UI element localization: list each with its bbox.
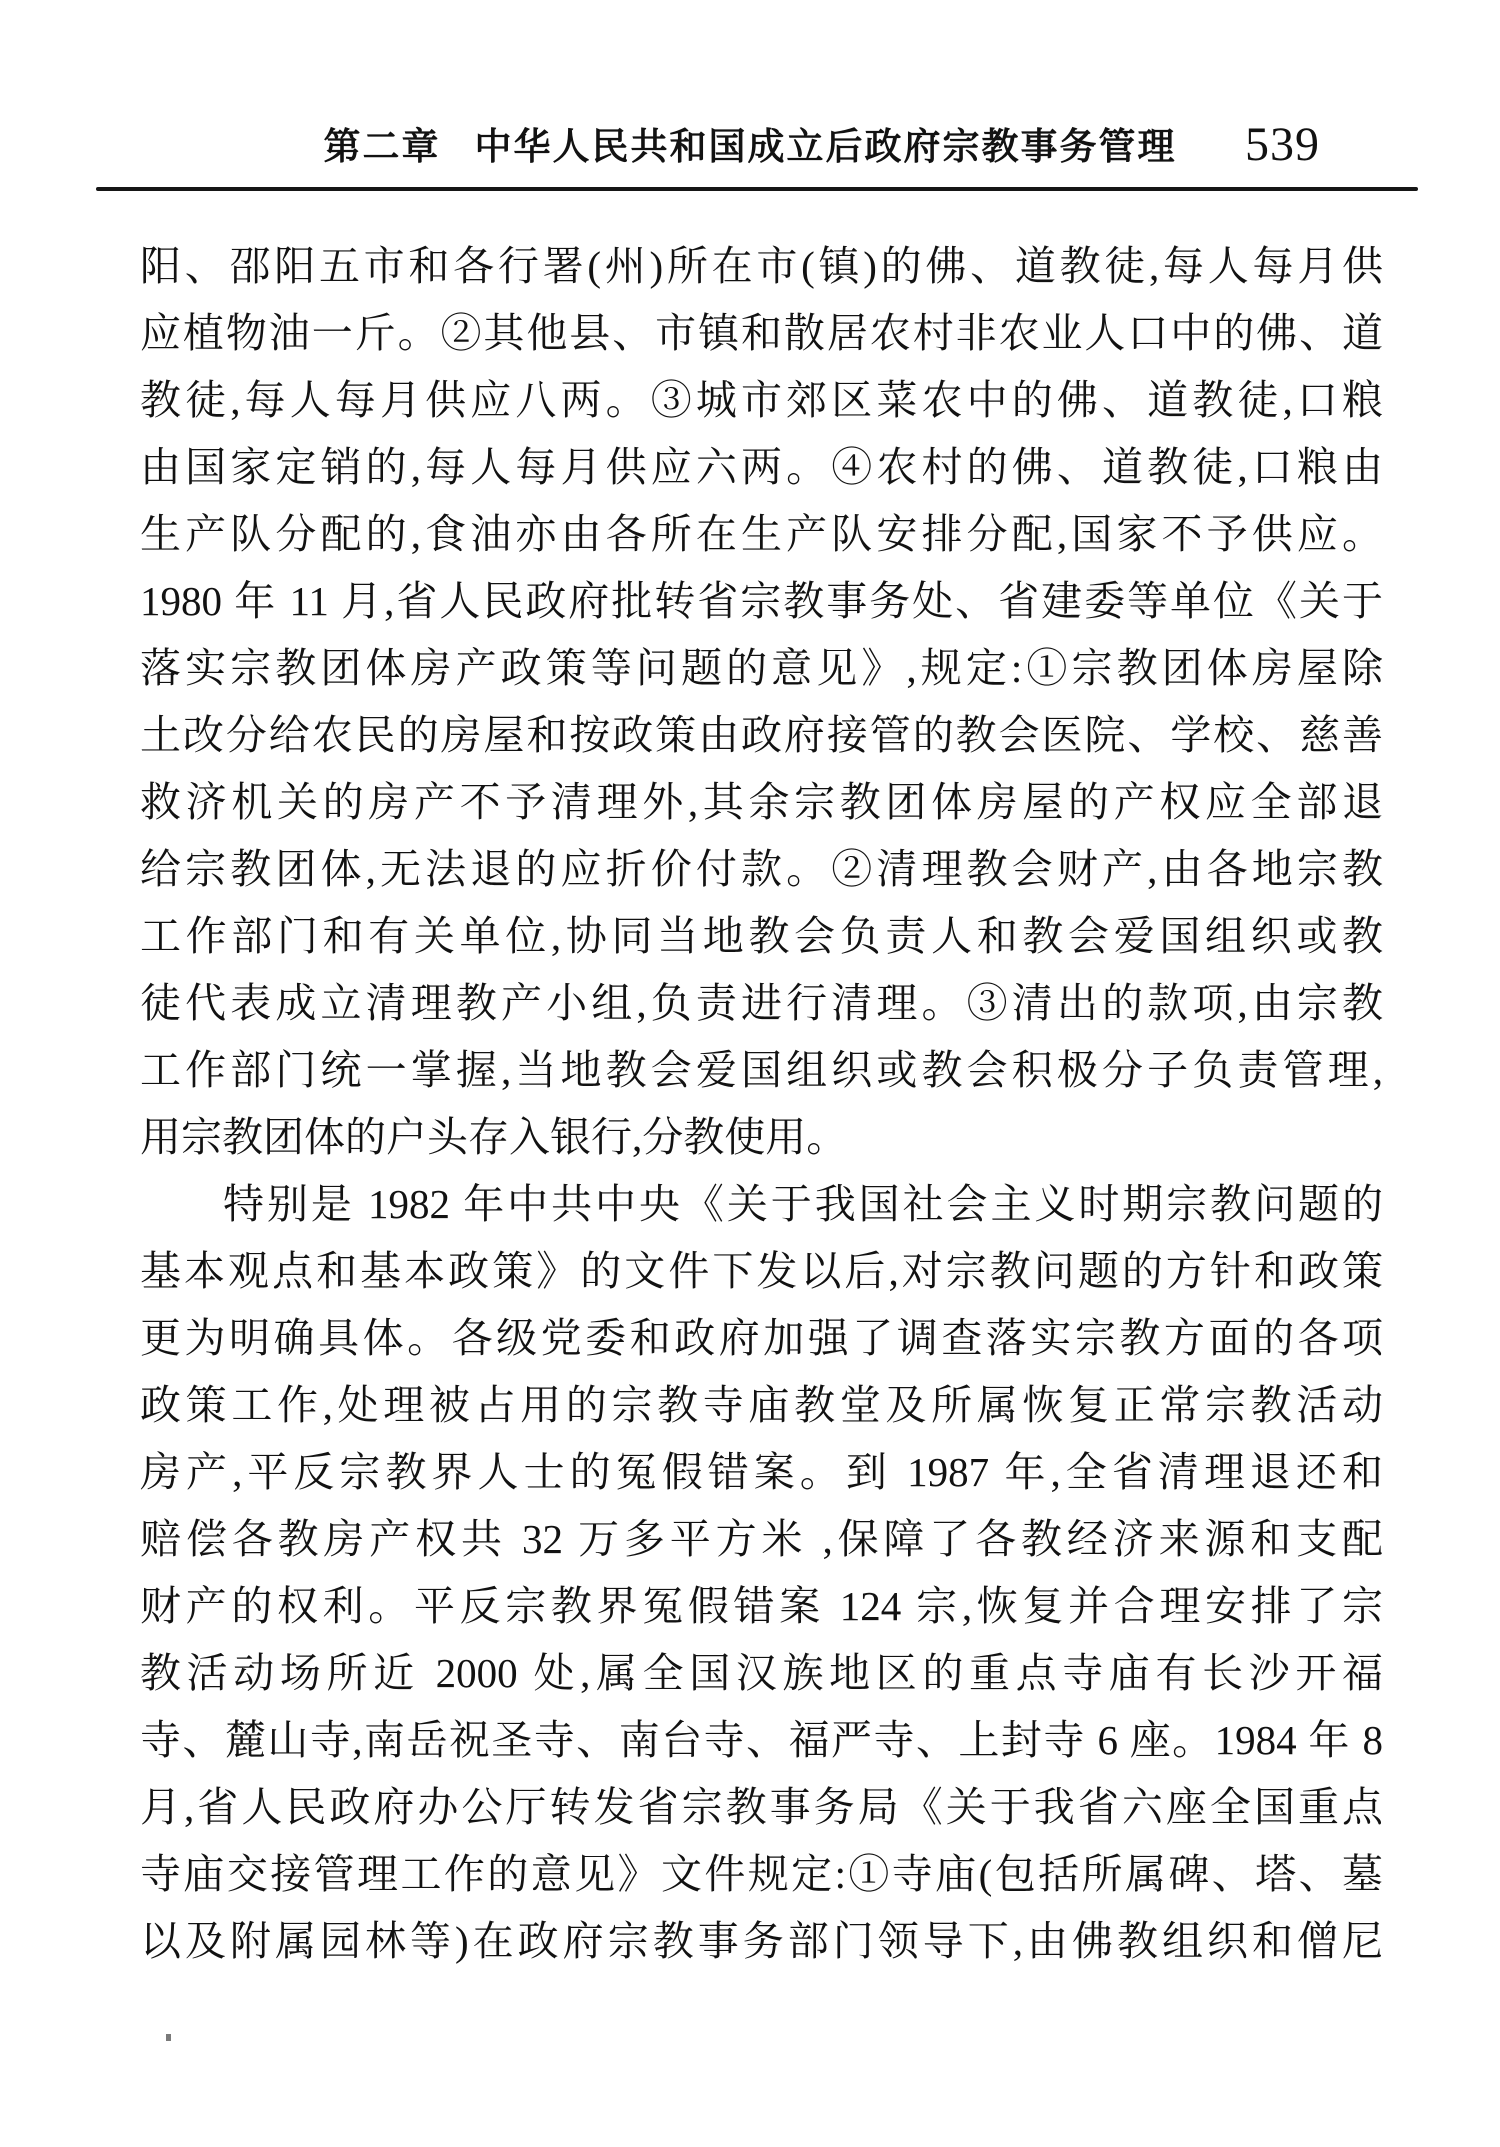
text-line: 更为明确具体。各级党委和政府加强了调查落实宗教方面的各项 bbox=[140, 1305, 1383, 1372]
chapter-title: 中华人民共和国成立后政府宗教事务管理 bbox=[475, 127, 1177, 168]
text-line: 教活动场所近 2000 处,属全国汉族地区的重点寺庙有长沙开福 bbox=[140, 1640, 1383, 1707]
text-line: 土改分给农民的房屋和按政策由政府接管的教会医院、学校、慈善 bbox=[140, 702, 1383, 769]
chapter-label: 第二章 bbox=[324, 127, 441, 168]
scanned-book-page: 第二章中华人民共和国成立后政府宗教事务管理 539 阳、邵阳五市和各行署(州)所… bbox=[0, 0, 1500, 2147]
body-text: 阳、邵阳五市和各行署(州)所在市(镇)的佛、道教徒,每人每月供 应植物油一斤。②… bbox=[140, 233, 1383, 1975]
text-line: 基本观点和基本政策》的文件下发以后,对宗教问题的方针和政策 bbox=[140, 1238, 1383, 1305]
text-line: 由国家定销的,每人每月供应六两。④农村的佛、道教徒,口粮由 bbox=[140, 434, 1383, 501]
text-line: 赔偿各教房产权共 32 万多平方米 ,保障了各教经济来源和支配 bbox=[140, 1506, 1383, 1573]
text-line: 寺、麓山寺,南岳祝圣寺、南台寺、福严寺、上封寺 6 座。1984 年 8 bbox=[140, 1707, 1383, 1774]
paragraph-1: 阳、邵阳五市和各行署(州)所在市(镇)的佛、道教徒,每人每月供 应植物油一斤。②… bbox=[140, 233, 1383, 1171]
page-number: 539 bbox=[1245, 118, 1320, 172]
text-line: 用宗教团体的户头存入银行,分教使用。 bbox=[140, 1104, 1383, 1171]
text-line: 寺庙交接管理工作的意见》文件规定:①寺庙(包括所属碑、塔、墓 bbox=[140, 1841, 1383, 1908]
text-line: 给宗教团体,无法退的应折价付款。②清理教会财产,由各地宗教 bbox=[140, 836, 1383, 903]
text-line: 工作部门和有关单位,协同当地教会负责人和教会爱国组织或教 bbox=[140, 903, 1383, 970]
text-line: 1980 年 11 月,省人民政府批转省宗教事务处、省建委等单位《关于 bbox=[140, 568, 1383, 635]
text-line: 救济机关的房产不予清理外,其余宗教团体房屋的产权应全部退 bbox=[140, 769, 1383, 836]
text-line: 徒代表成立清理教产小组,负责进行清理。③清出的款项,由宗教 bbox=[140, 970, 1383, 1037]
text-line: 月,省人民政府办公厅转发省宗教事务局《关于我省六座全国重点 bbox=[140, 1774, 1383, 1841]
paragraph-2: 特别是 1982 年中共中央《关于我国社会主义时期宗教问题的 基本观点和基本政策… bbox=[140, 1171, 1383, 1975]
text-line: 房产,平反宗教界人士的冤假错案。到 1987 年,全省清理退还和 bbox=[140, 1439, 1383, 1506]
text-line: 应植物油一斤。②其他县、市镇和散居农村非农业人口中的佛、道 bbox=[140, 300, 1383, 367]
text-line: 落实宗教团体房产政策等问题的意见》,规定:①宗教团体房屋除 bbox=[140, 635, 1383, 702]
text-line: 生产队分配的,食油亦由各所在生产队安排分配,国家不予供应。 bbox=[140, 501, 1383, 568]
text-line: 教徒,每人每月供应八两。③城市郊区菜农中的佛、道教徒,口粮 bbox=[140, 367, 1383, 434]
text-line: 财产的权利。平反宗教界冤假错案 124 宗,恢复并合理安排了宗 bbox=[140, 1573, 1383, 1640]
text-line: 工作部门统一掌握,当地教会爱国组织或教会积极分子负责管理, bbox=[140, 1037, 1383, 1104]
scan-artifact-dot bbox=[166, 2034, 171, 2041]
text-line: 以及附属园林等)在政府宗教事务部门领导下,由佛教组织和僧尼 bbox=[140, 1908, 1383, 1975]
text-line: 阳、邵阳五市和各行署(州)所在市(镇)的佛、道教徒,每人每月供 bbox=[140, 233, 1383, 300]
text-line: 特别是 1982 年中共中央《关于我国社会主义时期宗教问题的 bbox=[140, 1171, 1383, 1238]
header-rule bbox=[96, 187, 1418, 191]
text-line: 政策工作,处理被占用的宗教寺庙教堂及所属恢复正常宗教活动 bbox=[140, 1372, 1383, 1439]
